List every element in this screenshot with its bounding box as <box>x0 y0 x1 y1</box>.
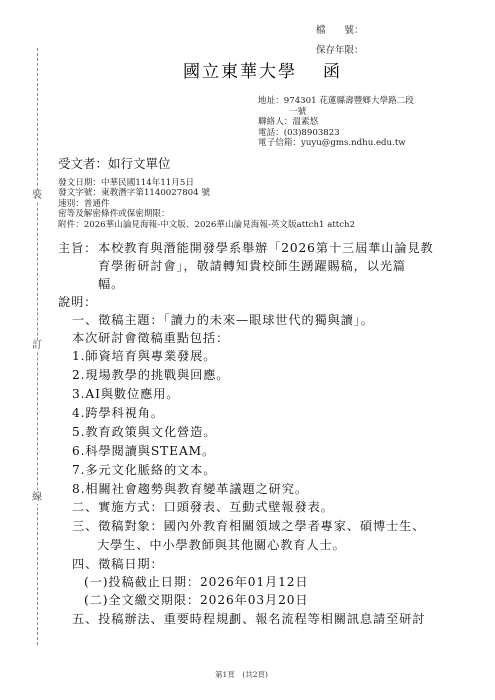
focus-point-3: 3.AI與數位應用。 <box>72 385 179 402</box>
focus-point-5: 5.教育政策與文化營造。 <box>72 423 216 440</box>
address-line-2: 一號 <box>258 107 414 118</box>
document-meta: 發文日期：中華民國114年11月5日 發文字號：東教潛字第1140027804 … <box>58 178 355 230</box>
focus-point-2: 2.現場教學的挑戰與回應。 <box>72 366 229 383</box>
contact-block: 地址：974301 花蓮縣壽豐鄉大學路二段 一號 聯絡人：溫素悠 電話：(03)… <box>258 96 414 149</box>
explanation-item-3-line-1: 三、徵稿對象：國內外教育相關領域之學者專家、碩博士生、 <box>72 517 425 534</box>
issue-number: 發文字號：東教潛字第1140027804 號 <box>58 188 355 198</box>
explanation-item-5-line-1: 五、投稿辦法、重要時程規劃、報名流程等相關訊息請至研討 <box>72 610 425 627</box>
security-level: 密等及解密條件或保密期限： <box>58 209 355 219</box>
address-line-1: 地址：974301 花蓮縣壽豐鄉大學路二段 <box>258 96 414 107</box>
recipient: 受文者：如行文單位 <box>58 154 171 172</box>
focus-intro: 本次研討會徵稿重點包括： <box>72 329 229 346</box>
explanation-label: 說明： <box>58 293 97 310</box>
subject-line-3: 幅。 <box>98 275 124 292</box>
contact-person: 聯絡人：溫素悠 <box>258 117 414 128</box>
explanation-item-1: 一、徵稿主題：「讀力的未來—眼球世代的獨與讀」。 <box>72 311 374 328</box>
file-number-label: 檔 號： <box>316 22 364 36</box>
focus-point-7: 7.多元文化脈絡的文本。 <box>72 461 216 478</box>
focus-point-4: 4.跨學科視角。 <box>72 404 164 421</box>
title-organization: 國立東華大學 <box>183 62 297 82</box>
contact-phone: 電話：(03)8903823 <box>258 128 414 139</box>
focus-point-8: 8.相關社會趨勢與教育變革議題之研究。 <box>72 480 308 497</box>
title-doc-type: 函 <box>323 62 342 82</box>
subject-line-1: 本校教育與潛能開發學系舉辦「2026第十三屆華山論見教 <box>98 239 434 256</box>
document-title: 國立東華大學函 <box>183 57 342 82</box>
binding-mark-zhuang: 裝 <box>30 190 44 202</box>
subject-label: 主旨： <box>58 239 97 256</box>
subject-line-2: 育學術研討會」，敬請轉知貴校師生踴躍賜稿，以光篇 <box>98 257 406 274</box>
delivery-speed: 速別：普通件 <box>58 199 355 209</box>
explanation-item-4-sub-1: (一)投稿截止日期：2026年01月12日 <box>84 573 309 590</box>
explanation-item-2: 二、實施方式：口頭發表、互動式壁報發表。 <box>72 498 334 515</box>
page-indicator: 第1頁 (共2頁) <box>215 669 268 680</box>
binding-mark-ding: 訂 <box>30 340 44 352</box>
contact-email: 電子信箱：yuyu@gms.ndhu.edu.tw <box>258 138 414 149</box>
focus-point-6: 6.科學閱讀與STEAM。 <box>72 442 215 459</box>
binding-mark-xian: 線 <box>30 492 44 504</box>
issue-date: 發文日期：中華民國114年11月5日 <box>58 178 355 188</box>
explanation-item-4: 四、徵稿日期： <box>72 555 164 572</box>
retention-period-label: 保存年限： <box>316 42 364 56</box>
focus-point-1: 1.師資培育與專業發展。 <box>72 347 216 364</box>
explanation-item-3-line-2: 大學生、中小學教師與其他關心教育人士。 <box>97 536 346 553</box>
explanation-item-4-sub-2: (二)全文繳交期限：2026年03月20日 <box>84 591 309 608</box>
attachments: 附件：2026華山論見海報-中文版、2026華山論見海報-英文版attch1 a… <box>58 220 355 230</box>
